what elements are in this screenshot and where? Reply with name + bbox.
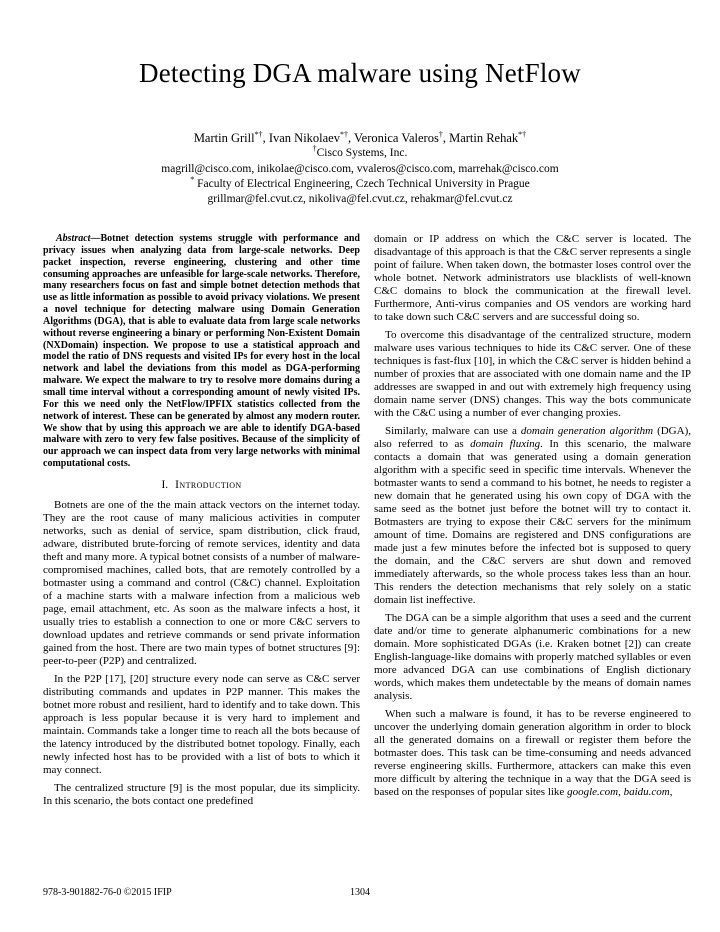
paragraph-fast-flux: To overcome this disadvantage of the cen…	[374, 329, 691, 420]
google-domain-italic: google.com	[567, 786, 618, 798]
author-2: Ivan Nikolaev*†	[269, 131, 348, 145]
affiliation-cisco-emails-text: magrill@cisco.com, inikolae@cisco.com, v…	[161, 163, 558, 175]
column-right: domain or IP address on which the C&C se…	[374, 233, 691, 885]
dga-paragraph-text: . In this scenario, the malware contacts…	[374, 438, 691, 606]
affiliation-university-emails-text: grillmar@fel.cvut.cz, nikoliva@fel.cvut.…	[207, 193, 512, 205]
author-1-superscript: *†	[255, 130, 263, 139]
section-heading-introduction: I.Introduction	[43, 479, 360, 491]
dga-term-italic: domain generation algorithm	[521, 425, 653, 437]
affiliation-university: * Faculty of Electrical Engineering, Cze…	[0, 177, 720, 192]
footer-page-number: 1304	[350, 887, 370, 898]
affiliation-cisco: †Cisco Systems, Inc.	[0, 146, 720, 161]
paragraph-centralized-structure: The centralized structure [9] is the mos…	[43, 782, 360, 808]
author-1: Martin Grill*†	[194, 131, 263, 145]
abstract-text: —Botnet detection systems struggle with …	[43, 233, 360, 469]
affiliation-university-emails: grillmar@fel.cvut.cz, nikoliva@fel.cvut.…	[0, 192, 720, 207]
two-column-body: Abstract—Botnet detection systems strugg…	[43, 233, 691, 885]
section-number: I.	[161, 479, 168, 491]
footer-isbn: 978-3-901882-76-0 ©2015 IFIP	[43, 887, 172, 898]
author-3: Veronica Valeros†	[354, 131, 443, 145]
reverse-engineering-text: ,	[670, 786, 673, 798]
affiliation-cisco-text: Cisco Systems, Inc.	[317, 147, 408, 159]
section-title: Introduction	[175, 479, 241, 491]
paragraph-p2p-structure: In the P2P [17], [20] structure every no…	[43, 673, 360, 777]
reverse-engineering-text: When such a malware is found, it has to …	[374, 708, 691, 798]
paragraph-domain-generation-algorithm: Similarly, malware can use a domain gene…	[374, 425, 691, 607]
author-2-superscript: *†	[340, 130, 348, 139]
affiliation-cisco-emails: magrill@cisco.com, inikolae@cisco.com, v…	[0, 162, 720, 177]
author-1-name: Martin Grill	[194, 131, 255, 145]
paragraph-botnets-overview: Botnets are one of the the main attack v…	[43, 499, 360, 668]
domain-fluxing-term-italic: domain fluxing	[470, 438, 540, 450]
paper-footer: 978-3-901882-76-0 ©2015 IFIP 1304	[0, 887, 720, 901]
author-line: Martin Grill*†, Ivan Nikolaev*†, Veronic…	[0, 131, 720, 146]
author-4-name: Martin Rehak	[449, 131, 518, 145]
abstract: Abstract—Botnet detection systems strugg…	[43, 233, 360, 470]
authors-block: Martin Grill*†, Ivan Nikolaev*†, Veronic…	[0, 131, 720, 207]
paper-header: Detecting DGA malware using NetFlow Mart…	[0, 0, 720, 207]
author-2-name: Ivan Nikolaev	[269, 131, 340, 145]
paragraph-reverse-engineering: When such a malware is found, it has to …	[374, 708, 691, 799]
paragraph-centralized-continuation: domain or IP address on which the C&C se…	[374, 233, 691, 324]
abstract-lead: Abstract	[56, 233, 90, 244]
column-left: Abstract—Botnet detection systems strugg…	[43, 233, 360, 885]
page-title: Detecting DGA malware using NetFlow	[0, 58, 720, 89]
paragraph-dga-seed-algorithm: The DGA can be a simple algorithm that u…	[374, 612, 691, 703]
affiliation-university-text: Faculty of Electrical Engineering, Czech…	[194, 178, 530, 190]
dga-paragraph-text: Similarly, malware can use a	[385, 425, 521, 437]
author-3-name: Veronica Valeros	[354, 131, 439, 145]
paper-page: Detecting DGA malware using NetFlow Mart…	[0, 0, 720, 932]
author-4: Martin Rehak*†	[449, 131, 526, 145]
author-4-superscript: *†	[518, 130, 526, 139]
baidu-domain-italic: baidu.com	[624, 786, 670, 798]
